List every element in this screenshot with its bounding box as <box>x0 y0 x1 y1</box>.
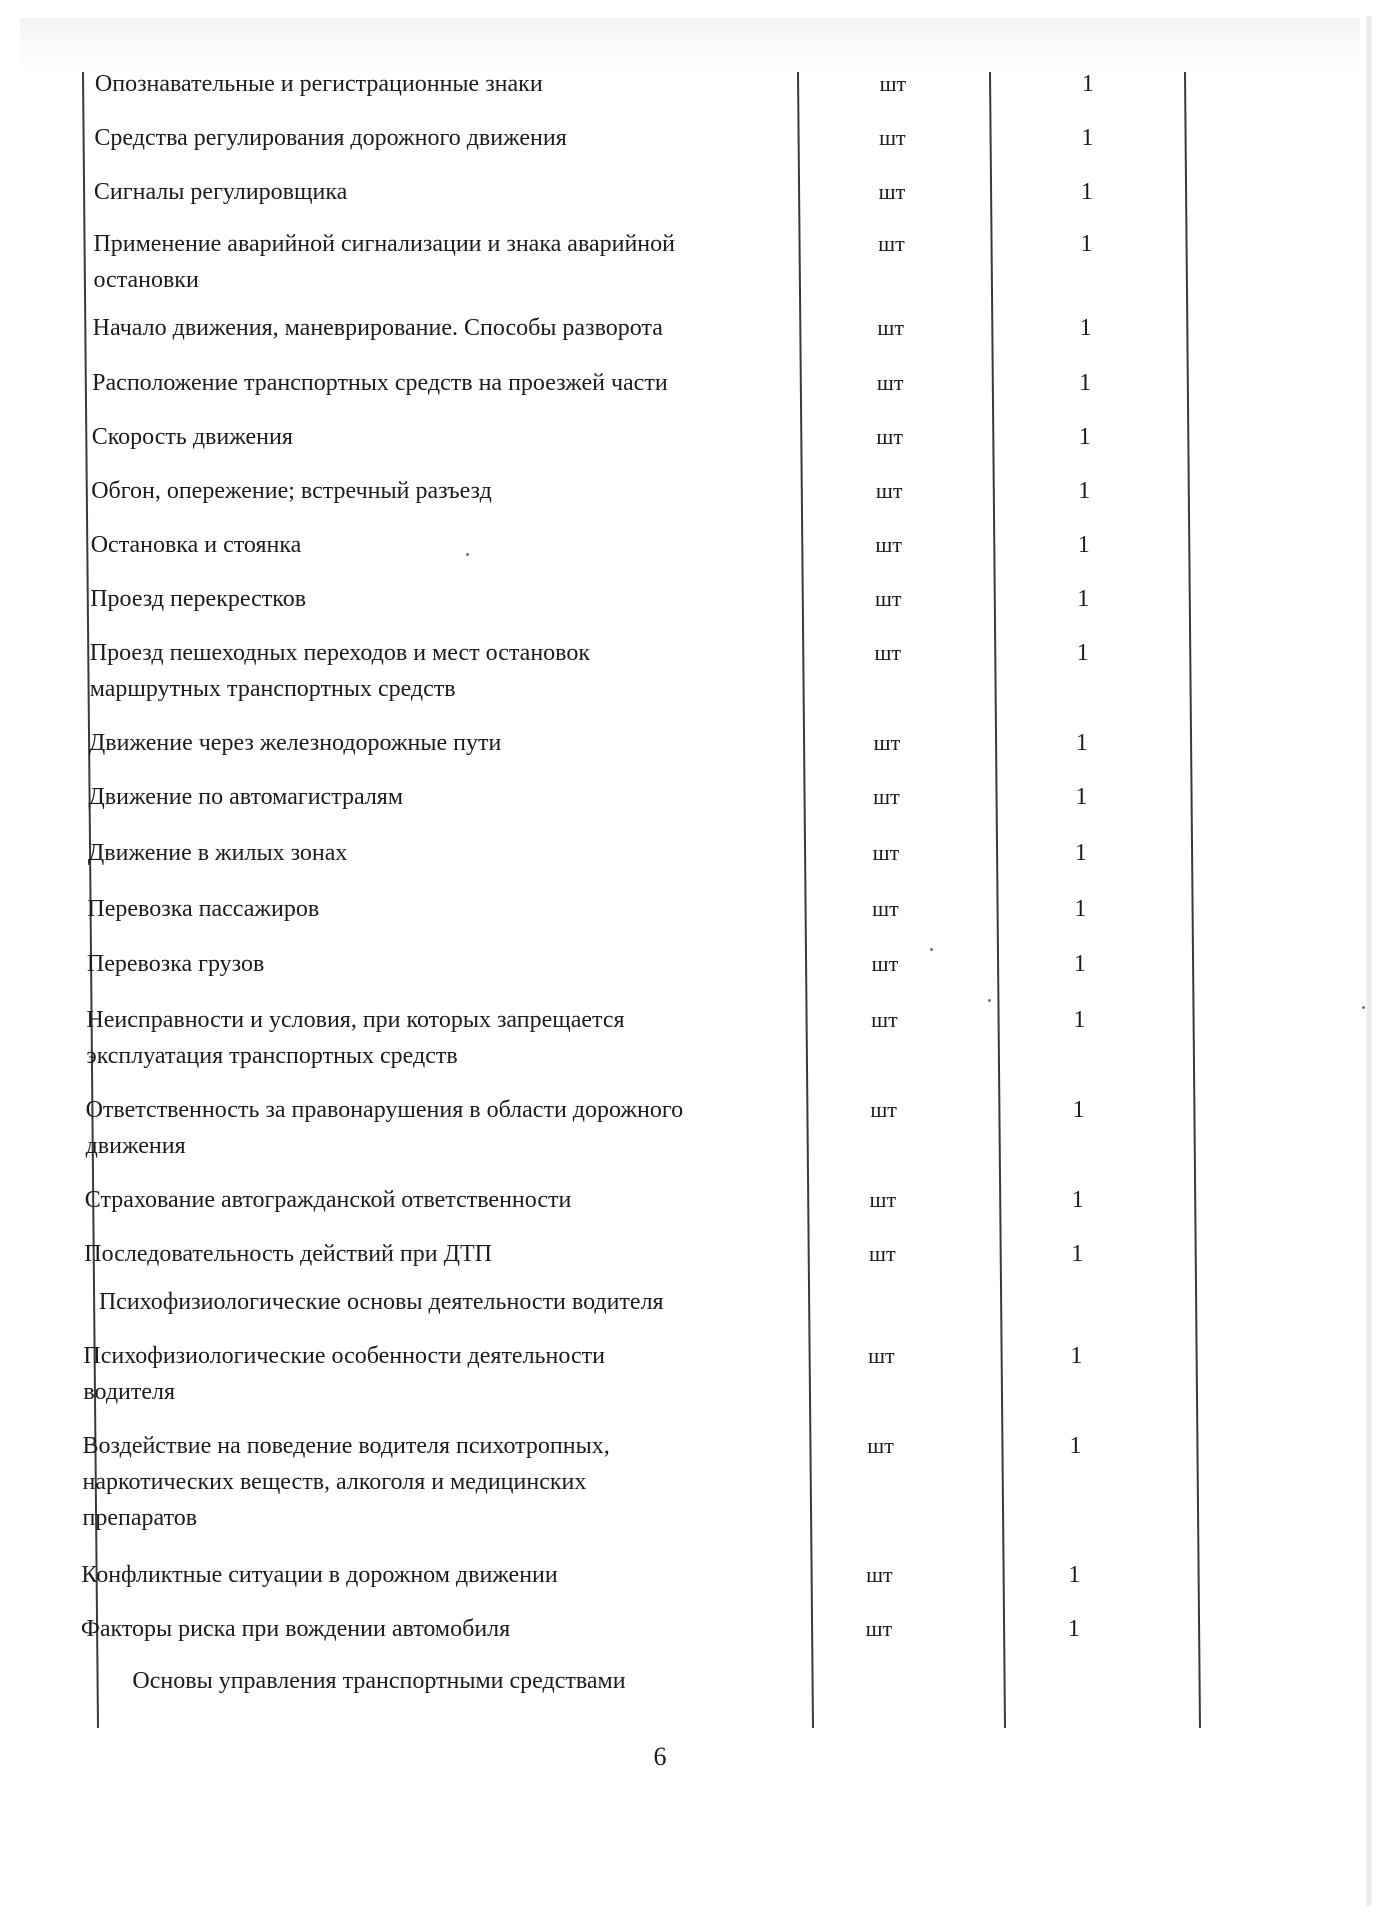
item-unit: шт <box>830 419 950 455</box>
item-quantity: 1 <box>1046 1428 1106 1464</box>
item-quantity: 1 <box>1044 1557 1104 1593</box>
item-quantity: 1 <box>1050 891 1110 927</box>
item-quantity: 1 <box>1056 226 1116 262</box>
item-name: Сигналы регулировщика <box>94 174 784 210</box>
item-quantity: 1 <box>1046 1338 1106 1374</box>
item-name: Неисправности и условия, при которых зап… <box>86 1002 776 1074</box>
item-quantity: 1 <box>1044 1611 1104 1647</box>
item-name: Страхование автогражданской ответственно… <box>85 1182 775 1218</box>
page-number: 6 <box>640 1742 680 1772</box>
scan-speck <box>466 553 469 556</box>
item-unit: шт <box>826 835 946 871</box>
scan-speck <box>988 999 991 1002</box>
item-name: Начало движения, маневрирование. Способы… <box>93 310 783 346</box>
item-unit: шт <box>821 1338 941 1374</box>
item-name: Движение в жилых зонах <box>88 835 778 871</box>
item-name: Воздействие на поведение водителя психот… <box>83 1428 773 1536</box>
item-quantity: 1 <box>1057 174 1117 210</box>
item-unit: шт <box>829 473 949 509</box>
item-unit: шт <box>830 365 950 401</box>
item-quantity: 1 <box>1056 310 1116 346</box>
column-divider-unit <box>797 72 814 1728</box>
scan-speck <box>930 948 933 951</box>
item-quantity: 1 <box>1051 779 1111 815</box>
item-name: Движение через железнодорожные пути <box>89 725 779 761</box>
item-unit: шт <box>828 581 948 617</box>
item-quantity: 1 <box>1058 66 1118 102</box>
item-unit: шт <box>825 891 945 927</box>
item-name: Проезд перекрестков <box>90 581 780 617</box>
item-name: Остановка и стоянка <box>91 527 781 563</box>
item-quantity: 1 <box>1053 635 1113 671</box>
item-unit: шт <box>831 226 951 262</box>
item-name: Средства регулирования дорожного движени… <box>94 120 784 156</box>
item-unit: шт <box>832 174 952 210</box>
item-unit: шт <box>821 1428 941 1464</box>
item-name: Психофизиологические особенности деятель… <box>83 1338 773 1410</box>
item-quantity: 1 <box>1050 946 1110 982</box>
column-divider-qty <box>989 72 1006 1728</box>
item-name: Движение по автомагистралям <box>88 779 778 815</box>
section-title: Основы управления транспортными средства… <box>132 1663 625 1699</box>
item-name: Последовательность действий при ДТП <box>84 1236 774 1272</box>
item-unit: шт <box>826 779 946 815</box>
item-name: Обгон, опережение; встречный разъезд <box>91 473 781 509</box>
item-unit: шт <box>819 1557 939 1593</box>
item-name: Конфликтные ситуации в дорожном движении <box>81 1557 771 1593</box>
item-unit: шт <box>824 1002 944 1038</box>
item-quantity: 1 <box>1047 1236 1107 1272</box>
item-unit: шт <box>824 1092 944 1128</box>
item-quantity: 1 <box>1054 473 1114 509</box>
item-quantity: 1 <box>1055 365 1115 401</box>
scan-edge <box>1366 16 1372 1906</box>
item-unit: шт <box>833 66 953 102</box>
item-name: Перевозка пассажиров <box>87 891 777 927</box>
item-name: Проезд пешеходных переходов и мест остан… <box>90 635 780 707</box>
item-quantity: 1 <box>1052 725 1112 761</box>
item-name: Перевозка грузов <box>87 946 777 982</box>
item-name: Ответственность за правонарушения в обла… <box>86 1092 776 1164</box>
item-unit: шт <box>825 946 945 982</box>
item-quantity: 1 <box>1053 581 1113 617</box>
item-quantity: 1 <box>1055 419 1115 455</box>
item-unit: шт <box>823 1182 943 1218</box>
item-name: Применение аварийной сигнализации и знак… <box>93 226 783 298</box>
item-unit: шт <box>822 1236 942 1272</box>
item-quantity: 1 <box>1049 1092 1109 1128</box>
item-quantity: 1 <box>1049 1002 1109 1038</box>
item-name: Расположение транспортных средств на про… <box>92 365 782 401</box>
item-quantity: 1 <box>1048 1182 1108 1218</box>
item-unit: шт <box>827 725 947 761</box>
scan-shadow <box>20 18 1360 73</box>
section-title: Психофизиологические основы деятельности… <box>99 1284 664 1320</box>
item-unit: шт <box>828 635 948 671</box>
item-unit: шт <box>829 527 949 563</box>
item-unit: шт <box>831 310 951 346</box>
item-unit: шт <box>819 1611 939 1647</box>
item-name: Скорость движения <box>92 419 782 455</box>
item-unit: шт <box>832 120 952 156</box>
scan-speck <box>1362 1006 1365 1009</box>
table-right-border <box>1184 72 1201 1728</box>
item-name: Опознавательные и регистрационные знаки <box>95 66 785 102</box>
item-quantity: 1 <box>1051 835 1111 871</box>
item-name: Факторы риска при вождении автомобиля <box>81 1611 771 1647</box>
item-quantity: 1 <box>1057 120 1117 156</box>
item-quantity: 1 <box>1054 527 1114 563</box>
